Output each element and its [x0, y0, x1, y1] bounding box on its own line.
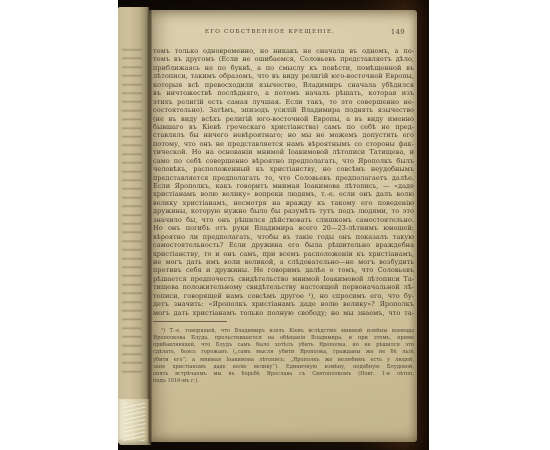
facing-page-edge	[118, 7, 149, 443]
text-line: представляется предполагать то, что Соло…	[153, 174, 414, 182]
blurred-facing-text	[122, 49, 142, 373]
footnote-separator	[153, 321, 227, 322]
text-line: прибавляющей, что Блудъ самъ было хотѣлъ…	[153, 342, 414, 349]
text-line: состоятельно). Затѣмъ, эпизодъ усилій Вл…	[153, 106, 414, 114]
text-line: потому, что онъ не представляется намъ в…	[153, 140, 414, 148]
text-line: христіанамъ волю велику» вопреки людямъ,…	[153, 190, 414, 198]
running-header: ЕГО СОБСТВЕННОЕ КРЕЩЕНІЕ.	[155, 29, 385, 35]
text-line: тищева положительному свидѣтельству наст…	[153, 283, 414, 291]
text-line: опять встрѣчаемъ мы въ борьбѣ Ярослава с…	[153, 371, 414, 378]
text-line: ¹) Т.-е. говорящей, что Владимиръ взялъ …	[153, 328, 414, 335]
page-edge-lines	[124, 403, 145, 441]
text-line: велику христіанамъ, несмотря на вражду к…	[153, 199, 414, 207]
text-line: бывшаго въ Кіевѣ греческаго христіанства…	[153, 123, 414, 131]
screenshot-canvas: ЕГО СОБСТВЕННОЕ КРЕЩЕНІЕ. 149 томъ тольк…	[0, 0, 550, 450]
text-line: приближаясь не по буквѣ, а по смыслу къ …	[153, 64, 414, 72]
text-line: которыя всѣ превосходили язычество, Влад…	[153, 81, 414, 89]
text-line: томъ въ другомъ (Если не ошибаемся, Соло…	[153, 55, 414, 63]
text-line: дружины, которую нужно было бы разумѣть …	[153, 207, 414, 215]
text-line: тописи, говорящей намъ совсѣмъ другое ¹)…	[153, 292, 414, 300]
text-line: этихъ религій есть самая лучшая. Если та…	[153, 98, 414, 106]
text-line: ставлялъ бы ничего невѣроятнаго; но мы н…	[153, 131, 414, 139]
page-number: 149	[391, 28, 405, 36]
body-text: томъ только одновременно, но никакъ не с…	[153, 47, 414, 317]
text-line: томъ только одновременно, но никакъ не с…	[153, 47, 414, 55]
text-line: Но онъ погибъ отъ руки Владимира всего 2…	[153, 224, 414, 232]
text-line: само по себѣ совершенно вѣроятно предпол…	[153, 157, 414, 165]
text-line: въ ничтожествѣ послѣдняго, а потомъ нача…	[153, 89, 414, 97]
text-line: сдѣлать, боясь горожанъ („самъ мысля уби…	[153, 349, 414, 356]
text-line: противъ себя и дружины. Не говоримъ далѣ…	[153, 266, 414, 274]
text-line: Если Ярополкъ, какъ говоритъ мнимая Іоак…	[153, 182, 414, 190]
text-line: тической. Но на основаніи мнимой Іоакимо…	[153, 148, 414, 156]
footnote-text: ¹) Т.-е. говорящей, что Владимиръ взялъ …	[153, 328, 414, 385]
text-line: христіанству, то и онъ самъ, при всемъ р…	[153, 250, 414, 258]
text-line: детъ значить: «Ярополкъ христіанамъ даде…	[153, 300, 414, 308]
book-photo: ЕГО СОБСТВЕННОЕ КРЕЩЕНІЕ. 149 томъ тольк…	[118, 0, 429, 450]
text-line: не могъ дать имъ воли великой, а слѣдова…	[153, 258, 414, 266]
text-line: подъ 1016-мъ г.).	[153, 378, 414, 385]
text-line: человѣкъ, расположенный къ христіанству,…	[153, 165, 414, 173]
text-line: самостоятельность? Если дружина его была…	[153, 241, 414, 249]
text-line: (не въ виду всѣхъ религій юго-восточной …	[153, 115, 414, 123]
text-line: лѣтописи, такимъ образомъ, что въ виду р…	[153, 72, 414, 80]
text-line: зане христіаномъ даде волю велику“). Еди…	[153, 364, 414, 371]
text-line: могъ дать христіанамъ только полную своб…	[153, 309, 414, 317]
text-line: значило бы, что онъ рѣшился дѣйствовать …	[153, 216, 414, 224]
text-line: вѣроятно ли предполагать, чтобы въ такіе…	[153, 233, 414, 241]
text-line: рѣшается предпочесть свидѣтельство мнимо…	[153, 275, 414, 283]
text-line: Ярополкова Блуда, прельстившагося на обѣ…	[153, 335, 414, 342]
gutter-shadow	[147, 6, 152, 444]
book-page: ЕГО СОБСТВЕННОЕ КРЕЩЕНІЕ. 149 томъ тольк…	[149, 10, 417, 442]
text-line: убити его“; а мнимая Іоакимова лѣтопись:…	[153, 357, 414, 364]
